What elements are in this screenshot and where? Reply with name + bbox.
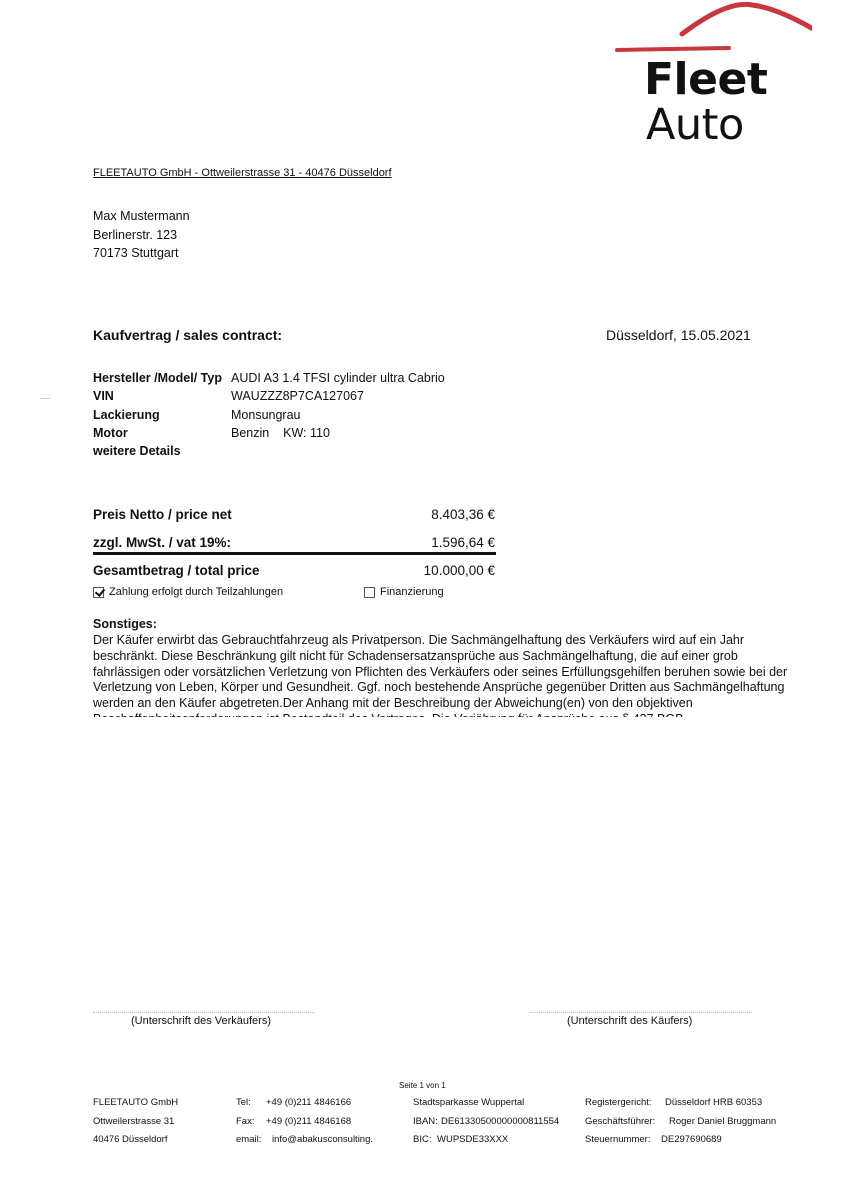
footer-company-name: FLEETAUTO GmbH	[93, 1094, 178, 1113]
price-net-value: 8.403,36 €	[431, 507, 495, 522]
logo-text-fleet: Fleet	[644, 58, 767, 102]
spec-value: AUDI A3 1.4 TFSI cylinder ultra Cabrio	[231, 369, 445, 387]
footer-fax: +49 (0)211 4846168	[266, 1116, 351, 1127]
spec-label: Motor	[93, 424, 231, 442]
other-heading: Sonstiges:	[93, 617, 157, 631]
seller-signature-line	[93, 1012, 315, 1013]
footer-key: email:	[236, 1131, 272, 1150]
spec-value: Monsungrau	[231, 406, 301, 424]
spec-row-paint: LackierungMonsungrau	[93, 406, 445, 424]
total-label: Gesamtbetrag / total price	[93, 563, 260, 578]
checkbox-installments-label: Zahlung erfolgt durch Teilzahlungen	[109, 586, 283, 598]
spec-label: weitere Details	[93, 442, 181, 460]
footer-tax-number: DE297690689	[661, 1134, 722, 1145]
checkbox-financing[interactable]: Finanzierung	[364, 586, 444, 598]
roof-icon	[612, 0, 812, 60]
total-divider	[93, 552, 496, 555]
logo-text-auto: Auto	[646, 104, 744, 147]
footer-key: IBAN:	[413, 1113, 441, 1132]
footer-bic: WUPSDE33XXX	[437, 1134, 508, 1145]
terms-paragraph: Der Käufer erwirbt das Gebrauchtfahrzeug…	[93, 633, 805, 717]
footer-director: Roger Daniel Bruggmann	[669, 1116, 776, 1127]
fleet-auto-logo: Fleet Auto	[612, 0, 812, 160]
place-date: Düsseldorf, 15.05.2021	[606, 327, 751, 343]
spec-row-model: Hersteller /Model/ TypAUDI A3 1.4 TFSI c…	[93, 369, 445, 387]
recipient-address: Max Mustermann Berlinerstr. 123 70173 St…	[93, 207, 190, 263]
recipient-name: Max Mustermann	[93, 207, 190, 226]
checkbox-installments[interactable]: Zahlung erfolgt durch Teilzahlungen	[93, 586, 283, 598]
vat-row: zzgl. MwSt. / vat 19%: 1.596,64 €	[93, 535, 495, 550]
spec-value: Benzin KW: 110	[231, 424, 330, 442]
recipient-street: Berlinerstr. 123	[93, 226, 190, 245]
spec-label: Lackierung	[93, 406, 231, 424]
contract-title: Kaufvertrag / sales contract:	[93, 327, 282, 343]
footer-company-street: Ottweilerstrasse 31	[93, 1113, 178, 1132]
spec-row-vin: VINWAUZZZ8P7CA127067	[93, 387, 445, 405]
spec-label: Hersteller /Model/ Typ	[93, 369, 231, 387]
footer-iban: DE61330500000000811554	[441, 1116, 559, 1127]
footer-key: Tel:	[236, 1094, 266, 1113]
total-value: 10.000,00 €	[424, 563, 495, 578]
spec-label: VIN	[93, 387, 231, 405]
checkbox-unchecked-icon[interactable]	[364, 587, 375, 598]
vat-label: zzgl. MwSt. / vat 19%:	[93, 535, 231, 550]
margin-mark	[40, 398, 50, 399]
checkbox-financing-label: Finanzierung	[380, 586, 444, 598]
footer-key: Geschäftsführer:	[585, 1113, 669, 1132]
page-indicator: Seite 1 von 1	[399, 1081, 446, 1090]
footer-company-city: 40476 Düsseldorf	[93, 1131, 178, 1150]
buyer-signature-label: (Unterschrift des Käufers)	[567, 1015, 692, 1027]
footer-key: Fax:	[236, 1113, 266, 1132]
seller-signature-label: (Unterschrift des Verkäufers)	[131, 1015, 271, 1027]
footer-key: BIC:	[413, 1131, 437, 1150]
footer-key: Registergericht:	[585, 1094, 665, 1113]
other-terms-text: Der Käufer erwirbt das Gebrauchtfahrzeug…	[93, 633, 805, 717]
footer-email[interactable]: info@abakusconsulting.	[272, 1134, 373, 1145]
footer-court: Düsseldorf HRB 60353	[665, 1097, 762, 1108]
footer-contact: Tel:+49 (0)211 4846166 Fax:+49 (0)211 48…	[236, 1094, 373, 1150]
sender-address-line: FLEETAUTO GmbH - Ottweilerstrasse 31 - 4…	[93, 167, 392, 179]
vehicle-specs: Hersteller /Model/ TypAUDI A3 1.4 TFSI c…	[93, 369, 445, 460]
footer-phone: +49 (0)211 4846166	[266, 1097, 351, 1108]
price-net-row: Preis Netto / price net 8.403,36 €	[93, 507, 495, 522]
recipient-city: 70173 Stuttgart	[93, 244, 190, 263]
checkbox-checked-icon[interactable]	[93, 587, 104, 598]
footer-key: Steuernummer:	[585, 1131, 661, 1150]
vat-value: 1.596,64 €	[431, 535, 495, 550]
buyer-signature-line	[530, 1012, 752, 1013]
total-row: Gesamtbetrag / total price 10.000,00 €	[93, 563, 495, 578]
footer-registry: Registergericht:Düsseldorf HRB 60353 Ges…	[585, 1094, 776, 1150]
price-net-label: Preis Netto / price net	[93, 507, 232, 522]
spec-row-details: weitere Details	[93, 442, 445, 460]
spec-row-engine: MotorBenzin KW: 110	[93, 424, 445, 442]
spec-value: WAUZZZ8P7CA127067	[231, 387, 364, 405]
footer-bank: Stadtsparkasse Wuppertal IBAN:DE61330500…	[413, 1094, 559, 1150]
footer-bank-name: Stadtsparkasse Wuppertal	[413, 1097, 524, 1108]
footer-company: FLEETAUTO GmbH Ottweilerstrasse 31 40476…	[93, 1094, 178, 1150]
